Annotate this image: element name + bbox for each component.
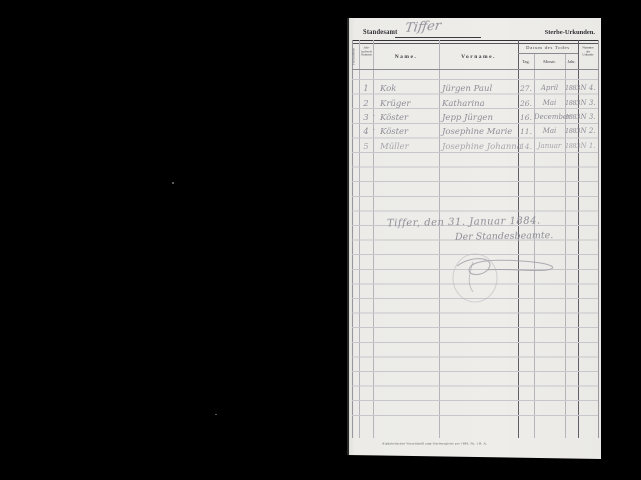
entry-firstname: Josephine Johanna — [442, 142, 517, 152]
certificate-column-header: Nummer der Urkunde — [580, 46, 596, 57]
entry-day: 16. — [518, 113, 534, 122]
scanned-register-viewer: { "colors":{"background":"#000000","pape… — [0, 0, 641, 480]
entry-cert-no: N 2. — [578, 127, 598, 135]
entry-number: 2 — [357, 99, 375, 109]
entry-month: Januar — [534, 142, 565, 150]
tag-subheader: Tag. — [518, 59, 534, 64]
printer-imprint: Alphabetisches Verzeichniß zum Sterbereg… — [382, 441, 487, 445]
office-name-underline — [395, 37, 481, 38]
ditto-mark: · — [373, 127, 379, 134]
table-top-rule-thin — [352, 43, 598, 44]
entry-day: 27. — [518, 84, 534, 93]
entry-year: 1883 — [565, 127, 578, 135]
entry-number: 5 — [357, 142, 375, 152]
entry-day: 26. — [518, 99, 534, 108]
entry-surname: Köster — [380, 127, 438, 137]
entry-month: Mai — [534, 127, 565, 135]
entry-cert-no: N 1. — [578, 142, 598, 150]
entry-year: 1883 — [565, 142, 578, 150]
entry-cert-no: N 3. — [578, 113, 598, 121]
entry-surname: Kok — [380, 84, 438, 94]
vorname-column-header: Vorname. — [439, 54, 518, 60]
entry-month: Mai — [534, 99, 565, 107]
serial-header-line: Nummer — [361, 53, 373, 57]
entry-day: 11. — [518, 127, 534, 136]
entry-day: 14. — [518, 142, 534, 151]
monat-subheader: Monat. — [534, 59, 565, 64]
table-row: 3 · Köster Jepp Jürgen 16. December 1883… — [347, 113, 601, 127]
entry-firstname: Jürgen Paul — [442, 84, 517, 94]
rotated-column-header: Fortlaufende — [351, 47, 359, 65]
date-of-death-group-header: Datum des Todes — [518, 45, 578, 50]
entry-year: 1883 — [565, 99, 578, 107]
table-top-rule — [352, 40, 598, 41]
entry-surname: Müller — [380, 142, 438, 152]
office-label: Standesamt — [363, 29, 398, 36]
entry-year: 1883 — [565, 84, 578, 92]
entry-month: December — [534, 113, 565, 121]
table-row: 5 Müller Josephine Johanna 14. Januar 18… — [347, 142, 601, 156]
serial-column-header: Jahr- laufende Nummer — [361, 46, 373, 57]
dust-speck — [215, 414, 217, 415]
entry-firstname: Jepp Jürgen — [442, 113, 517, 123]
ditto-mark: · — [373, 113, 379, 120]
entry-firstname: Josephine Marie — [442, 127, 517, 137]
jahr-subheader: Jahr. — [565, 59, 578, 64]
entry-number: 1 — [357, 84, 375, 94]
name-column-header: Name. — [373, 54, 439, 60]
header-bottom-rule — [352, 69, 598, 70]
cert-header-line: Urkunde — [580, 53, 596, 57]
table-row: 4 · Köster Josephine Marie 11. Mai 1883 … — [347, 127, 601, 141]
entry-cert-no: N 4. — [578, 84, 598, 92]
entry-month: April — [534, 84, 565, 92]
entry-firstname: Katharina — [442, 99, 517, 109]
entry-surname: Krüger — [380, 99, 438, 109]
office-name-handwritten: Tiffer — [404, 19, 442, 37]
register-page: Standesamt Tiffer Sterbe-Urkunden. Fortl… — [347, 18, 601, 459]
entry-surname: Köster — [380, 113, 438, 123]
date-group-underline — [518, 53, 578, 54]
signature-flourish — [443, 244, 563, 308]
entry-cert-no: N 3. — [578, 99, 598, 107]
dust-speck — [172, 182, 174, 184]
table-row: 2 Krüger Katharina 26. Mai 1883 N 3. — [347, 99, 601, 113]
entry-year: 1883 — [565, 113, 578, 121]
document-type-label: Sterbe-Urkunden. — [545, 29, 595, 36]
table-row: 1 Kok Jürgen Paul 27. April 1883 N 4. — [347, 84, 601, 98]
closing-note-registrar: Der Standesbeamte. — [455, 230, 554, 243]
